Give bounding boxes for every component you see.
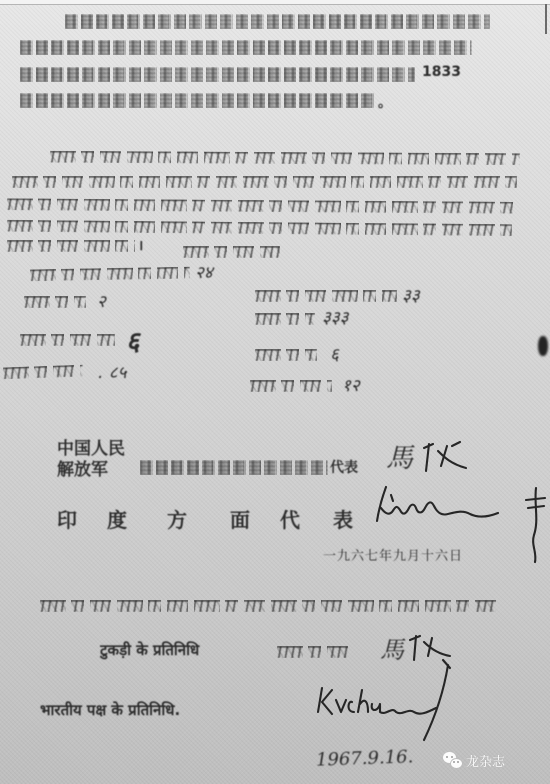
list-item-label-illegible: [30, 267, 190, 282]
list-item-label-illegible: [255, 290, 397, 302]
illegible-handwriting-line: [183, 246, 280, 258]
illegible-handwriting-line: [7, 240, 135, 252]
list-item-value: . ८५: [98, 360, 127, 383]
list-item-value: ६: [126, 322, 140, 358]
line-fragment-period: 。: [378, 92, 392, 112]
india-signature-stroke: [377, 487, 498, 521]
list-item-value: ३३: [402, 283, 420, 306]
india-label-char: 代: [280, 504, 300, 533]
list-item-label-illegible: [3, 365, 83, 380]
list-item-value: २: [97, 289, 106, 312]
illegible-handwriting-line: [12, 176, 517, 188]
illegible-handwriting-line: [20, 40, 472, 55]
list-item-label-illegible: [250, 380, 332, 392]
chinese-side-name-illegible: [277, 646, 353, 658]
pla-representative-signature: 馬: [386, 436, 413, 475]
list-item-label-illegible: [255, 313, 315, 325]
india-signature-flourish: [526, 488, 545, 562]
illegible-handwriting-line: [40, 600, 502, 612]
chinese-side-signature-stroke: [410, 636, 450, 660]
latin-date: 1967.9.16.: [316, 746, 414, 770]
pla-label-line2: 解放军: [57, 455, 108, 480]
illegible-handwriting-line: [65, 14, 490, 29]
indian-side-representative-label: भारतीय पक्ष के प्रतिनिधि.: [40, 700, 260, 720]
india-label-char: 面: [230, 504, 250, 533]
list-item-value: २४: [195, 260, 213, 283]
india-label-char: 表: [333, 504, 353, 533]
illegible-handwriting-line: [7, 198, 515, 214]
watermark-text: 龙杂志: [466, 751, 505, 770]
illegible-handwriting-line: [7, 220, 512, 236]
list-item-value: ६: [330, 342, 339, 365]
list-item-label-illegible: [255, 349, 317, 361]
list-item-label-illegible: [24, 296, 86, 308]
chinese-side-representative-label: टुकड़ी के प्रतिनिधि: [100, 640, 245, 660]
list-item-value: १२: [342, 373, 360, 396]
paper-top-edge: [0, 0, 550, 5]
illegible-handwriting-line: [50, 151, 520, 165]
illegible-handwriting-line: [20, 67, 415, 82]
indian-side-signature-long-stroke: [424, 660, 450, 740]
line-fragment-danda: ।: [138, 236, 143, 255]
wechat-icon: [443, 752, 463, 770]
chinese-date: 一九六七年九月十六日: [323, 545, 463, 564]
paper-right-edge-mark: [545, 4, 547, 34]
india-label-char: 方: [167, 504, 187, 533]
handwritten-signatures: [0, 0, 550, 784]
chinese-side-signature: 馬: [380, 630, 404, 665]
illegible-handwriting-line: [20, 93, 375, 108]
list-item-label-illegible: [20, 334, 115, 346]
list-item-value: ३३३: [322, 305, 349, 328]
pla-unit-suffix: 代表: [330, 457, 358, 477]
india-label-char: 印: [57, 504, 77, 533]
indian-side-signature-stroke: [318, 688, 436, 714]
pla-unit-illegible: [140, 460, 328, 475]
india-label-char: 度: [107, 504, 127, 533]
pla-signature-stroke: [424, 442, 466, 471]
watermark: 龙杂志: [443, 751, 505, 770]
punch-hole-mark: [538, 336, 548, 356]
line-fragment-number: 1833: [422, 64, 461, 80]
